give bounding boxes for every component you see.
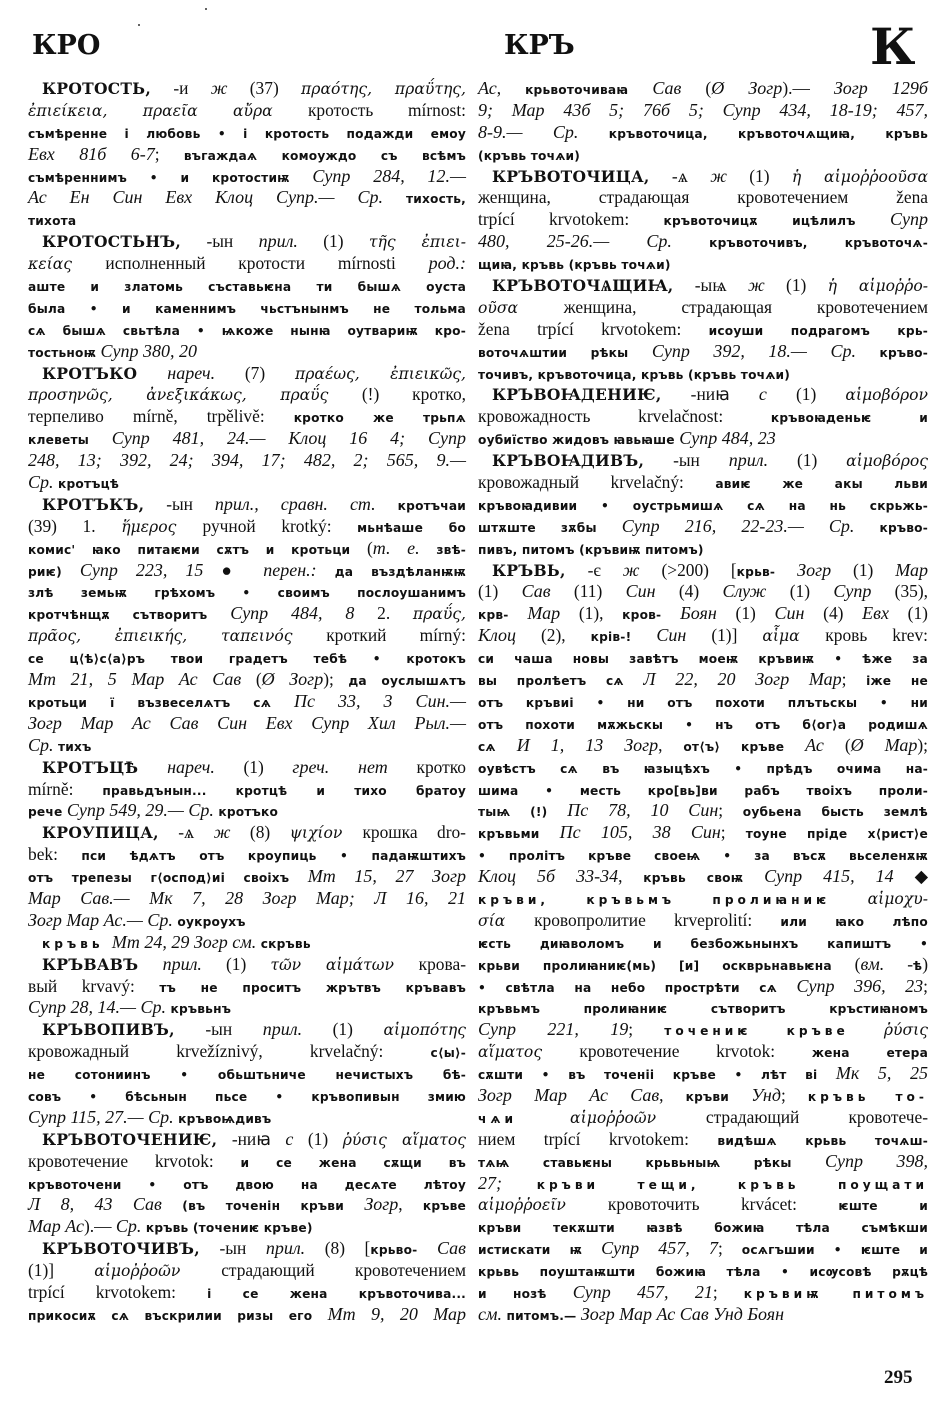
greek-text: αἱμοῤῥοῶν bbox=[570, 1109, 706, 1127]
text-line: (1)] αἱμοῤῥοῶν страдающий кровотечением bbox=[28, 1260, 466, 1282]
entry-start-line: КРЪВОТОЧѦЩИꙖ, -ыѩ ж (1) ἡ αἱμοῤῥο- bbox=[478, 275, 928, 297]
page-number: 295 bbox=[884, 1367, 913, 1389]
italic-text: Супр bbox=[890, 209, 928, 229]
italic-text: Супр 484, 8 bbox=[230, 603, 377, 623]
italic-text: Пс 78, 10 Син bbox=[567, 800, 718, 820]
italic-text: Син bbox=[656, 625, 686, 645]
regular-text: (1) bbox=[766, 581, 833, 601]
italic-text: Супр 396, 23 bbox=[797, 976, 924, 996]
text-line: кровотечение krvotok: и се жена сѫщи въ bbox=[28, 1151, 466, 1173]
church-slavonic-text: кръвь своѭ bbox=[643, 871, 764, 885]
text-line: женщина, страдающая кровотечением žena bbox=[478, 187, 928, 209]
italic-text: Сав bbox=[522, 581, 551, 601]
greek-text: τῶν αἱμάτων bbox=[270, 956, 418, 974]
church-slavonic-text: кров- bbox=[622, 608, 680, 622]
spaced-church-slavonic-text: кръви тещи, кръвь поущати bbox=[537, 1178, 928, 1192]
church-slavonic-text: тихъ bbox=[58, 740, 91, 754]
italic-text: Супр 221, 19 bbox=[478, 1019, 628, 1039]
church-slavonic-text: или ꙗко лѣпо bbox=[780, 915, 928, 929]
text-line: не сотониинъ • обьштьниче нечистыхъ бѣ- bbox=[28, 1063, 466, 1085]
text-line: терпеливо mírně, trpělivě: кротко же трь… bbox=[28, 406, 466, 428]
italic-text: ж bbox=[211, 78, 228, 98]
text-line: οῦσα женщина, страдающая кровотечением bbox=[478, 297, 928, 319]
text-line: • свѣтла на небо прострѣти сѧ Супр 396, … bbox=[478, 976, 928, 998]
greek-text: προσηνῶς, ἀνεξικάκως, πραΰς bbox=[28, 386, 362, 404]
text-line: съмѣреннимъ • и кротостиѭ Супр 284, 12.— bbox=[28, 166, 466, 188]
italic-text: 27; bbox=[478, 1173, 537, 1193]
church-slavonic-text: совъ • бѣсьнын пьсе • кръвопивын змию bbox=[28, 1090, 466, 1104]
church-slavonic-text: правьдънын... кротцѣ и тихо братоу bbox=[102, 784, 466, 798]
entry-start-line: КРОУПИЦА, -ѧ ж (8) ψιχίον крошка dro- bbox=[28, 822, 466, 844]
regular-text: (4) bbox=[656, 581, 723, 601]
text-line: крв- Мар (1), кров- Боян (1) Син (4) Евх… bbox=[478, 603, 928, 625]
italic-text: ж bbox=[623, 560, 640, 580]
text-line: нием trpící krvotokem: видѣшѧ крьвь точѧ… bbox=[478, 1129, 928, 1151]
italic-text: Пс 105, 38 Син bbox=[560, 822, 721, 842]
regular-text: ; bbox=[718, 800, 743, 820]
italic-text: Л 22, 20 Зогр Мар bbox=[643, 669, 841, 689]
text-line: рече Супр 549, 29.— Ср. кротъко bbox=[28, 800, 466, 822]
church-slavonic-text: си чаша новы завѣтъ моеѭ кръвиѭ • ѣже за bbox=[478, 652, 928, 666]
text-line: Зогр Мар Ас Сав Син Евх Супр Хил Рыл.— bbox=[28, 713, 466, 735]
regular-text: -ыѩ bbox=[674, 275, 749, 295]
italic-text: Зогр bbox=[797, 560, 831, 580]
church-slavonic-text: крьвоточиваꙗ bbox=[525, 83, 652, 97]
italic-text: прил., сравн. ст. bbox=[215, 494, 398, 514]
text-line: оувѣстъ сѧ въ ꙗзыцѣхъ • прѣдъ очима на- bbox=[478, 757, 928, 779]
regular-text: (1), bbox=[560, 603, 622, 623]
church-slavonic-text: кръвоточени • отъ двою на десѧте лѣтоу bbox=[28, 1178, 466, 1192]
regular-text: ручной krotký: bbox=[203, 516, 358, 536]
church-slavonic-text: крьво- bbox=[370, 1243, 437, 1257]
regular-text: ◆ bbox=[915, 866, 928, 886]
church-slavonic-text: тъ не проситъ жрътвъ кръвавъ bbox=[159, 981, 466, 995]
italic-text: Супр 115, 27.— Ср. bbox=[28, 1107, 178, 1127]
regular-text: trpící krvotokem: bbox=[28, 1282, 207, 1302]
church-slavonic-text: тостьноѭ bbox=[28, 346, 101, 360]
regular-text: кровь krev: bbox=[825, 625, 928, 645]
text-line: вы пролѣетъ сѧ Л 22, 20 Зогр Мар; іже не bbox=[478, 669, 928, 691]
dictionary-column-right: Ас, крьвоточиваꙗ Сав (Ø Зогр).— Зогр 129… bbox=[478, 78, 928, 1326]
church-slavonic-text: (въ точенін кръви bbox=[182, 1199, 364, 1213]
church-slavonic-text: пси ѣдѧтъ отъ кроупиць • падаѭштихъ bbox=[81, 849, 466, 863]
church-slavonic-text: съмѣренне і любовь • і кротость подажди … bbox=[28, 127, 466, 141]
entry-start-line: КРЪВОПИВЪ, -ын прил. (1) αἱμοπότης bbox=[28, 1019, 466, 1041]
spaced-church-slavonic-text: чѧи bbox=[478, 1112, 570, 1126]
church-slavonic-text: кротьци ї възвеселѧтъ сѧ bbox=[28, 696, 294, 710]
italic-text: Мт 24, 29 Зогр см. bbox=[112, 932, 261, 952]
greek-text: τῆς ἐπιει- bbox=[369, 233, 466, 251]
text-line: совъ • бѣсьнын пьсе • кръвопивын змию bbox=[28, 1085, 466, 1107]
text-line: отъ кръвиі • ни отъ похоти плътьскы • ни bbox=[478, 691, 928, 713]
regular-text: -ѧ bbox=[650, 166, 711, 186]
text-line: 248, 13; 392, 24; 394, 17; 482, 2; 565, … bbox=[28, 450, 466, 472]
text-line: штѫште зѫбы Супр 216, 22-23.— Ср. кръво- bbox=[478, 516, 928, 538]
regular-text: кроткий mírný: bbox=[326, 625, 466, 645]
entry-start-line: КРЪВЬ, -є ж (>200) [крьв- Зогр (1) Мар bbox=[478, 560, 928, 582]
regular-text: (1) bbox=[889, 603, 928, 623]
regular-text: bek: bbox=[28, 844, 81, 864]
church-slavonic-text: крв- bbox=[478, 608, 527, 622]
entry-start-line: КРЪВОꙖДИВЪ, -ын прил. (1) αἱμοβόρος bbox=[478, 450, 928, 472]
text-line: Клоц 5б 33-34, кръвь своѭ Супр 415, 14 ◆ bbox=[478, 866, 928, 888]
church-slavonic-text: скръвь bbox=[261, 937, 311, 951]
text-line: отъ трепезы г⟨оспод⟩иі своіхъ Мт 15, 27 … bbox=[28, 866, 466, 888]
regular-text: (35), bbox=[871, 581, 928, 601]
italic-text: Мар bbox=[895, 560, 928, 580]
italic-text: прил. bbox=[263, 1019, 302, 1039]
regular-text: кровожадность krvelačnost: bbox=[478, 406, 771, 426]
text-line: оубиїство жидовъ ꙗвьꙗше Супр 484, 23 bbox=[478, 428, 928, 450]
text-line: пивъ, питомъ (кръвиѭ питомъ) bbox=[478, 538, 928, 560]
regular-text: , bbox=[658, 735, 683, 755]
text-line: се ц⟨ѣ⟩с⟨а⟩ръ твои градетъ тебѣ • кроток… bbox=[28, 647, 466, 669]
regular-text: -ниꙗ bbox=[662, 384, 759, 404]
text-line: Зогр Мар Ас Сав, кръви Унд; кръвь то- bbox=[478, 1085, 928, 1107]
regular-text: 2. bbox=[377, 603, 413, 623]
regular-text: страдающий кровотече- bbox=[706, 1107, 928, 1127]
text-line: тѧѩ ставьѥны крьвьныѩ рѣкы Супр 398, bbox=[478, 1151, 928, 1173]
regular-text: (1) bbox=[202, 954, 270, 974]
entry-start-line: КРОТОСТЬ, -и ж (37) πραότης, πραΰτης, bbox=[28, 78, 466, 100]
italic-text: Зогр 129б bbox=[834, 78, 928, 98]
text-line: žena trpící krvotokem: исоуши подрагомъ … bbox=[478, 319, 928, 341]
church-slavonic-text: мьнѣаше бо bbox=[357, 521, 466, 535]
text-line: кротчѣнщѫ сътворитъ Супр 484, 8 2. πραΰς… bbox=[28, 603, 466, 625]
regular-text: (1) bbox=[478, 581, 522, 601]
church-slavonic-text: видѣшѧ крьвь точѧш- bbox=[717, 1134, 928, 1148]
italic-text: Супр 398, bbox=[825, 1151, 928, 1171]
text-line: была • и каменнимъ чьстънынмъ не тольма bbox=[28, 297, 466, 319]
section-letter: К bbox=[870, 22, 915, 72]
headword: КРЪВОꙖДИВЪ, bbox=[492, 451, 644, 470]
church-slavonic-text: шима • месть кро[вь]ви рабъ твоіхъ проли… bbox=[478, 784, 928, 798]
church-slavonic-text: ѥсть диꙗволомъ и безбожьнынхъ капиштъ • bbox=[478, 937, 928, 951]
italic-text: т. е. bbox=[373, 538, 437, 558]
greek-text: αἷμα bbox=[762, 627, 825, 645]
spaced-church-slavonic-text: точениѥ кръве bbox=[664, 1024, 884, 1038]
church-slavonic-text: кротъчаи bbox=[398, 499, 466, 513]
italic-text: Супр 392, 18.— Ср. bbox=[652, 341, 880, 361]
italic-text: Унд bbox=[751, 1085, 781, 1105]
church-slavonic-text: тоуне пріде х⟨рист⟩е bbox=[746, 827, 928, 841]
church-slavonic-text: и се жена сѫщи въ bbox=[241, 1156, 467, 1170]
greek-text: ῥύσις bbox=[884, 1021, 928, 1039]
regular-text: кротко bbox=[417, 757, 466, 777]
regular-text: (>200) [ bbox=[640, 560, 737, 580]
italic-text: Евх bbox=[862, 603, 889, 623]
italic-text: Клоц 5б 33-34 bbox=[478, 866, 618, 886]
church-slavonic-text: (кръвь точѧи) bbox=[478, 149, 580, 163]
regular-text: крова- bbox=[419, 954, 466, 974]
italic-text: Мт 21, 5 Мар Ас Сав bbox=[28, 669, 256, 689]
entry-start-line: КРЪВОТОЧИЦА, -ѧ ж (1) ἡ αἱμοῤῥοοῦσα bbox=[478, 166, 928, 188]
regular-text: (1) bbox=[768, 450, 846, 470]
italic-text: Ср. bbox=[28, 472, 58, 492]
italic-text: Син bbox=[775, 603, 805, 623]
greek-text: κείας bbox=[28, 255, 105, 273]
regular-text: (1) bbox=[767, 384, 846, 404]
text-line: πρᾶος, ἐπιεικής, ταπεινός кроткий mírný: bbox=[28, 625, 466, 647]
italic-text: Боян bbox=[680, 603, 717, 623]
text-line: отъ похоти мѫжьскы • нъ отъ б⟨ог⟩а родиш… bbox=[478, 713, 928, 735]
headword: КРОТОСТЬ, bbox=[42, 79, 151, 98]
entry-start-line: КРЪВАВЪ прил. (1) τῶν αἱμάτων крова- bbox=[28, 954, 466, 976]
text-line: Мар Ас).— Ср. кръвь (точениѥ кръве) bbox=[28, 1216, 466, 1238]
regular-text: (1) bbox=[765, 275, 828, 295]
italic-text: Супр 284, 12.— bbox=[312, 166, 466, 186]
church-slavonic-text: оувѣстъ сѧ въ ꙗзыцѣхъ • прѣдъ очима на- bbox=[478, 762, 928, 776]
church-slavonic-text: іже не bbox=[866, 674, 928, 688]
regular-text: страдающий кровотечением bbox=[221, 1260, 466, 1280]
church-slavonic-text: оубиїство жидовъ ꙗвьꙗше bbox=[478, 433, 679, 447]
text-line: крьвь поуштаѭшти божиꙗ тѣла • исѹсовѣ рѫ… bbox=[478, 1260, 928, 1282]
italic-text: Супр bbox=[833, 581, 871, 601]
regular-text: , bbox=[497, 78, 525, 98]
running-head: КРО КРЪ К bbox=[0, 22, 950, 72]
greek-text: οῦσα bbox=[478, 299, 564, 317]
regular-text: (39) 1. bbox=[28, 516, 121, 536]
spaced-church-slavonic-text: кръвиѭ питомъ bbox=[744, 1287, 928, 1301]
text-line: ѥсть диꙗволомъ и безбожьнынхъ капиштъ • bbox=[478, 932, 928, 954]
church-slavonic-text: была • и каменнимъ чьстънынмъ не тольма bbox=[28, 302, 466, 316]
church-slavonic-text: оукроухъ bbox=[177, 915, 245, 929]
italic-text: Син bbox=[626, 581, 656, 601]
text-line: Ас, крьвоточиваꙗ Сав (Ø Зогр).— Зогр 129… bbox=[478, 78, 928, 100]
text-line: Евх 81б 6-7; въгаждаѧ комоуждо съ всѣмъ bbox=[28, 144, 466, 166]
italic-text: Супр 28, 14.— Ср. bbox=[28, 997, 171, 1017]
church-slavonic-text: кръвоточицѫ ицѣлилъ bbox=[664, 214, 891, 228]
italic-text: Ø Зогр bbox=[711, 78, 782, 98]
italic-text: Служ bbox=[722, 581, 766, 601]
entry-start-line: КРОТЪКЪ, -ын прил., сравн. ст. кротъчаи bbox=[28, 494, 466, 516]
italic-text: нареч. bbox=[138, 757, 215, 777]
italic-text: Мт 15, 27 Зогр bbox=[308, 866, 466, 886]
italic-text: ж bbox=[710, 166, 727, 186]
church-slavonic-text: ѥште и bbox=[838, 1199, 928, 1213]
regular-text: ; bbox=[781, 1085, 808, 1105]
text-line: Супр 28, 14.— Ср. кръвьнъ bbox=[28, 997, 466, 1019]
church-slavonic-text: питомъ.— bbox=[506, 1309, 580, 1323]
text-line: и нозѣ Супр 457, 21; кръвиѭ питомъ bbox=[478, 1282, 928, 1304]
italic-text: Супр 481, 24.— Клоц 16 4; Супр bbox=[112, 428, 466, 448]
greek-text: ἥμερος bbox=[121, 518, 202, 536]
text-line: 9; Мар 43б 5; 76б 5; Супр 434, 18-19; 45… bbox=[478, 100, 928, 122]
text-line: Ср. тихъ bbox=[28, 735, 466, 757]
regular-text: ; bbox=[842, 669, 866, 689]
italic-text: греч. нет bbox=[292, 757, 416, 777]
church-slavonic-text: кръвоꙗдивии • оустрьмишѧ сѧ на нь скрьжь… bbox=[478, 499, 928, 513]
text-line: (1) Сав (11) Син (4) Служ (1) Супр (35), bbox=[478, 581, 928, 603]
italic-text: нареч. bbox=[137, 363, 215, 383]
regular-text: женщина, страдающая кровотечением žena bbox=[478, 187, 928, 207]
text-line: 27; кръви тещи, кръвь поущати bbox=[478, 1173, 928, 1195]
greek-text: αἱμοβόρον bbox=[845, 386, 928, 404]
church-slavonic-text: сѧ бышѧ свьтѣла • ѩкоже нынꙗ оутвариѭ кр… bbox=[28, 324, 466, 338]
church-slavonic-text: і се жена кръвоточива... bbox=[207, 1287, 466, 1301]
church-slavonic-text: сѫшти • въ точеніі кръве • лѣт ві bbox=[478, 1068, 836, 1082]
church-slavonic-text: оубьена бысть землѣ bbox=[743, 805, 928, 819]
regular-text: кротость mírnost: bbox=[308, 100, 466, 120]
italic-text: Мт 9, 20 Мар bbox=[328, 1304, 466, 1324]
headword: КРЪВОꙖДЕНИѤ, bbox=[492, 385, 662, 404]
church-slavonic-text: авиѥ же акы льви bbox=[715, 477, 928, 491]
regular-text: кровотечение krvotok: bbox=[579, 1041, 811, 1061]
regular-text: ● bbox=[221, 560, 263, 580]
church-slavonic-text: кръве bbox=[423, 1199, 466, 1213]
text-line: кровожадный krvežíznivý, krvelačný: с⟨ы⟩… bbox=[28, 1041, 466, 1063]
italic-text: Сав bbox=[652, 78, 705, 98]
regular-text: -ын bbox=[175, 1019, 263, 1039]
italic-text: Ас bbox=[805, 735, 845, 755]
church-slavonic-text: кротчѣнщѫ сътворитъ bbox=[28, 608, 230, 622]
italic-text: Клоц bbox=[478, 625, 516, 645]
running-head-center: КРЪ bbox=[504, 30, 575, 61]
regular-text: (!) кротко, bbox=[362, 384, 466, 404]
entry-start-line: КРОТОСТЬНЪ, -ын прил. (1) τῆς ἐπιει- bbox=[28, 231, 466, 253]
regular-text: (1) bbox=[831, 560, 895, 580]
regular-text: ; bbox=[155, 144, 184, 164]
regular-text: mírně: bbox=[28, 779, 102, 799]
church-slavonic-text: кръвоточица, кръвоточѧщиꙗ, кръвь bbox=[609, 127, 928, 141]
italic-text: 8-9.— Ср. bbox=[478, 122, 609, 142]
text-line: тостьноѭ Супр 380, 20 bbox=[28, 341, 466, 363]
church-slavonic-text: осѧгъшии • ѥште и bbox=[742, 1243, 928, 1257]
greek-text: πραέως, ἐπιεικῶς, bbox=[295, 365, 466, 383]
text-line: Мт 21, 5 Мар Ас Сав (Ø Зогр); да оуслышѧ… bbox=[28, 669, 466, 691]
text-line: προσηνῶς, ἀνεξικάκως, πραΰς (!) кротко, bbox=[28, 384, 466, 406]
church-slavonic-text: клеветы bbox=[28, 433, 112, 447]
headword: КРЪВАВЪ bbox=[42, 955, 138, 974]
regular-text: , bbox=[659, 1085, 685, 1105]
text-line: сѫшти • въ точеніі кръве • лѣт ві Мк 5, … bbox=[478, 1063, 928, 1085]
church-slavonic-text: тихота bbox=[28, 214, 76, 228]
italic-text: Сав bbox=[437, 1238, 466, 1258]
headword: КРЪВОТОЧИЦА, bbox=[492, 167, 650, 186]
italic-text: Л 8, 43 Сав bbox=[28, 1194, 182, 1214]
text-line: тихота bbox=[28, 209, 466, 231]
text-line: trpící krvotokem: кръвоточицѫ ицѣлилъ Су… bbox=[478, 209, 928, 231]
text-line: крьви пролиꙗниѥ(мь) [и] оскврьнавьѥна (в… bbox=[478, 954, 928, 976]
italic-text: Супр 457, 21 bbox=[573, 1282, 713, 1302]
italic-text: перен.: bbox=[263, 560, 334, 580]
text-line: Л 8, 43 Сав (въ точенін кръви Зогр, кръв… bbox=[28, 1194, 466, 1216]
italic-text: Мар bbox=[527, 603, 560, 623]
regular-text: žena trpící krvotokem: bbox=[478, 319, 709, 339]
italic-text: Мар Сав.— Мк 7, 28 Зогр Мар; Л 16, 21 bbox=[28, 888, 466, 908]
greek-text: ψιχίον bbox=[290, 824, 363, 842]
text-line: кръви, кръвьмъ пролиꙗниѥ αἱμοχυ- bbox=[478, 888, 928, 910]
headword: КРЪВОТОЧЕНИѤ, bbox=[42, 1130, 217, 1149]
text-line: кръвьми Пс 105, 38 Син; тоуне пріде х⟨ри… bbox=[478, 822, 928, 844]
italic-text: Супр 223, 15 bbox=[80, 560, 222, 580]
greek-text: ῥύσις αἵματος bbox=[343, 1131, 466, 1149]
regular-text: -ын bbox=[200, 1238, 266, 1258]
italic-text: Евх 81б 6-7 bbox=[28, 144, 155, 164]
entry-start-line: КРОТЪЦѢ нареч. (1) греч. нет кротко bbox=[28, 757, 466, 779]
spaced-church-slavonic-text: кръви, кръвьмъ пролиꙗниѥ bbox=[478, 893, 868, 907]
text-line: чѧи αἱμοῤῥοῶν страдающий кровотече- bbox=[478, 1107, 928, 1129]
italic-text: Мар Ас bbox=[28, 1216, 84, 1236]
regular-text: (1) bbox=[215, 757, 293, 777]
italic-text: ж bbox=[748, 275, 765, 295]
regular-text: -ын bbox=[181, 231, 258, 251]
regular-text: терпеливо mírně, trpělivě: bbox=[28, 406, 294, 426]
church-slavonic-text: кръвьнъ bbox=[171, 1002, 232, 1016]
church-slavonic-text: кръвоточивъ, кръвоточѧ- bbox=[709, 236, 928, 250]
church-slavonic-text: жена етера bbox=[812, 1046, 928, 1060]
regular-text: (4) bbox=[804, 603, 862, 623]
spaced-church-slavonic-text: кръвь то- bbox=[808, 1090, 928, 1104]
scan-speck bbox=[205, 8, 207, 10]
italic-text: см. bbox=[478, 1304, 506, 1324]
church-slavonic-text: звѣ- bbox=[436, 543, 466, 557]
italic-text: с bbox=[759, 384, 767, 404]
text-line: (кръвь точѧи) bbox=[478, 144, 928, 166]
text-line: Ср. кротъцѣ bbox=[28, 472, 466, 494]
spaced-church-slavonic-text: кръвь bbox=[42, 937, 112, 951]
church-slavonic-text: тѧѩ ставьѥны крьвьныѩ рѣкы bbox=[478, 1156, 825, 1170]
regular-text: вый krvavý: bbox=[28, 976, 159, 996]
regular-text: ); bbox=[323, 669, 348, 689]
text-line: кръвоꙗдивии • оустрьмишѧ сѧ на нь скрьжь… bbox=[478, 494, 928, 516]
church-slavonic-text: точивъ, кръвоточица, кръвь (кръвь точѧи) bbox=[478, 368, 790, 382]
regular-text: кровопролитие krveprolití: bbox=[534, 910, 780, 930]
text-line: Супр 115, 27.— Ср. кръвоѩдивъ bbox=[28, 1107, 466, 1129]
regular-text: (1) bbox=[298, 231, 369, 251]
regular-text: кровожадный krvelačný: bbox=[478, 472, 715, 492]
italic-text: Зогр Мар Ас Сав Син Евх Супр Хил Рыл.— bbox=[28, 713, 466, 733]
church-slavonic-text: с⟨ы⟩- bbox=[431, 1046, 466, 1060]
italic-text: Зогр Мар Ас.— Ср. bbox=[28, 910, 177, 930]
text-line: 480, 25-26.— Ср. кръвоточивъ, кръвоточѧ- bbox=[478, 231, 928, 253]
regular-text: ; bbox=[713, 1282, 744, 1302]
regular-text: ; bbox=[718, 1238, 742, 1258]
church-slavonic-text: кръвоѩдивъ bbox=[178, 1112, 271, 1126]
church-slavonic-text: да оуслышѧтъ bbox=[348, 674, 466, 688]
church-slavonic-text: вы пролѣетъ сѧ bbox=[478, 674, 643, 688]
greek-text: ἡ αἱμοῤῥοοῦσα bbox=[792, 168, 928, 186]
regular-text: кровоточить krvácet: bbox=[608, 1194, 839, 1214]
dictionary-column-left: КРОТОСТЬ, -и ж (37) πραότης, πραΰτης,ἐπι… bbox=[28, 78, 466, 1326]
regular-text: ; bbox=[923, 976, 928, 996]
italic-text: Супр 216, 22-23.— Ср. bbox=[622, 516, 880, 536]
text-line: си чаша новы завѣтъ моеѭ кръвиѭ • ѣже за bbox=[478, 647, 928, 669]
headword: КРЪВОПИВЪ, bbox=[42, 1020, 175, 1039]
italic-text: Супр 484, 23 bbox=[679, 428, 776, 448]
regular-text: (37) bbox=[227, 78, 301, 98]
entry-start-line: КРОТЪКО нареч. (7) πραέως, ἐπιεικῶς, bbox=[28, 363, 466, 385]
regular-text: нием trpící krvotokem: bbox=[478, 1129, 717, 1149]
church-slavonic-text: от⟨ъ⟩ кръве bbox=[683, 740, 805, 754]
greek-text: αἱμοῤῥοεῖν bbox=[478, 1196, 608, 1214]
church-slavonic-text: щиꙗ, кръвь (кръвь точѧи) bbox=[478, 258, 671, 272]
regular-text: исполненный кротости mírnosti bbox=[105, 253, 428, 273]
italic-text: Ср. bbox=[28, 735, 58, 755]
church-slavonic-text: злѣ земьѭ грѣхомъ • своимъ послоушанимъ bbox=[28, 586, 466, 600]
headword: КРЪВЬ, bbox=[492, 561, 566, 580]
church-slavonic-text: кръво- bbox=[880, 521, 929, 535]
church-slavonic-text: кръвь (точениѥ кръве) bbox=[146, 1221, 313, 1235]
text-line: αἱμοῤῥοεῖν кровоточить krvácet: ѥште и bbox=[478, 1194, 928, 1216]
italic-text: 480, 25-26.— Ср. bbox=[478, 231, 709, 251]
church-slavonic-text: кротко же трьпѧ bbox=[294, 411, 466, 425]
text-line: воточѧштии рѣкы Супр 392, 18.— Ср. кръво… bbox=[478, 341, 928, 363]
regular-text: кровожадный krvežíznivý, krvelačný: bbox=[28, 1041, 431, 1061]
greek-text: πραότης, πραΰτης, bbox=[301, 80, 466, 98]
regular-text: (8) bbox=[230, 822, 289, 842]
italic-text: Супр 380, 20 bbox=[101, 341, 198, 361]
